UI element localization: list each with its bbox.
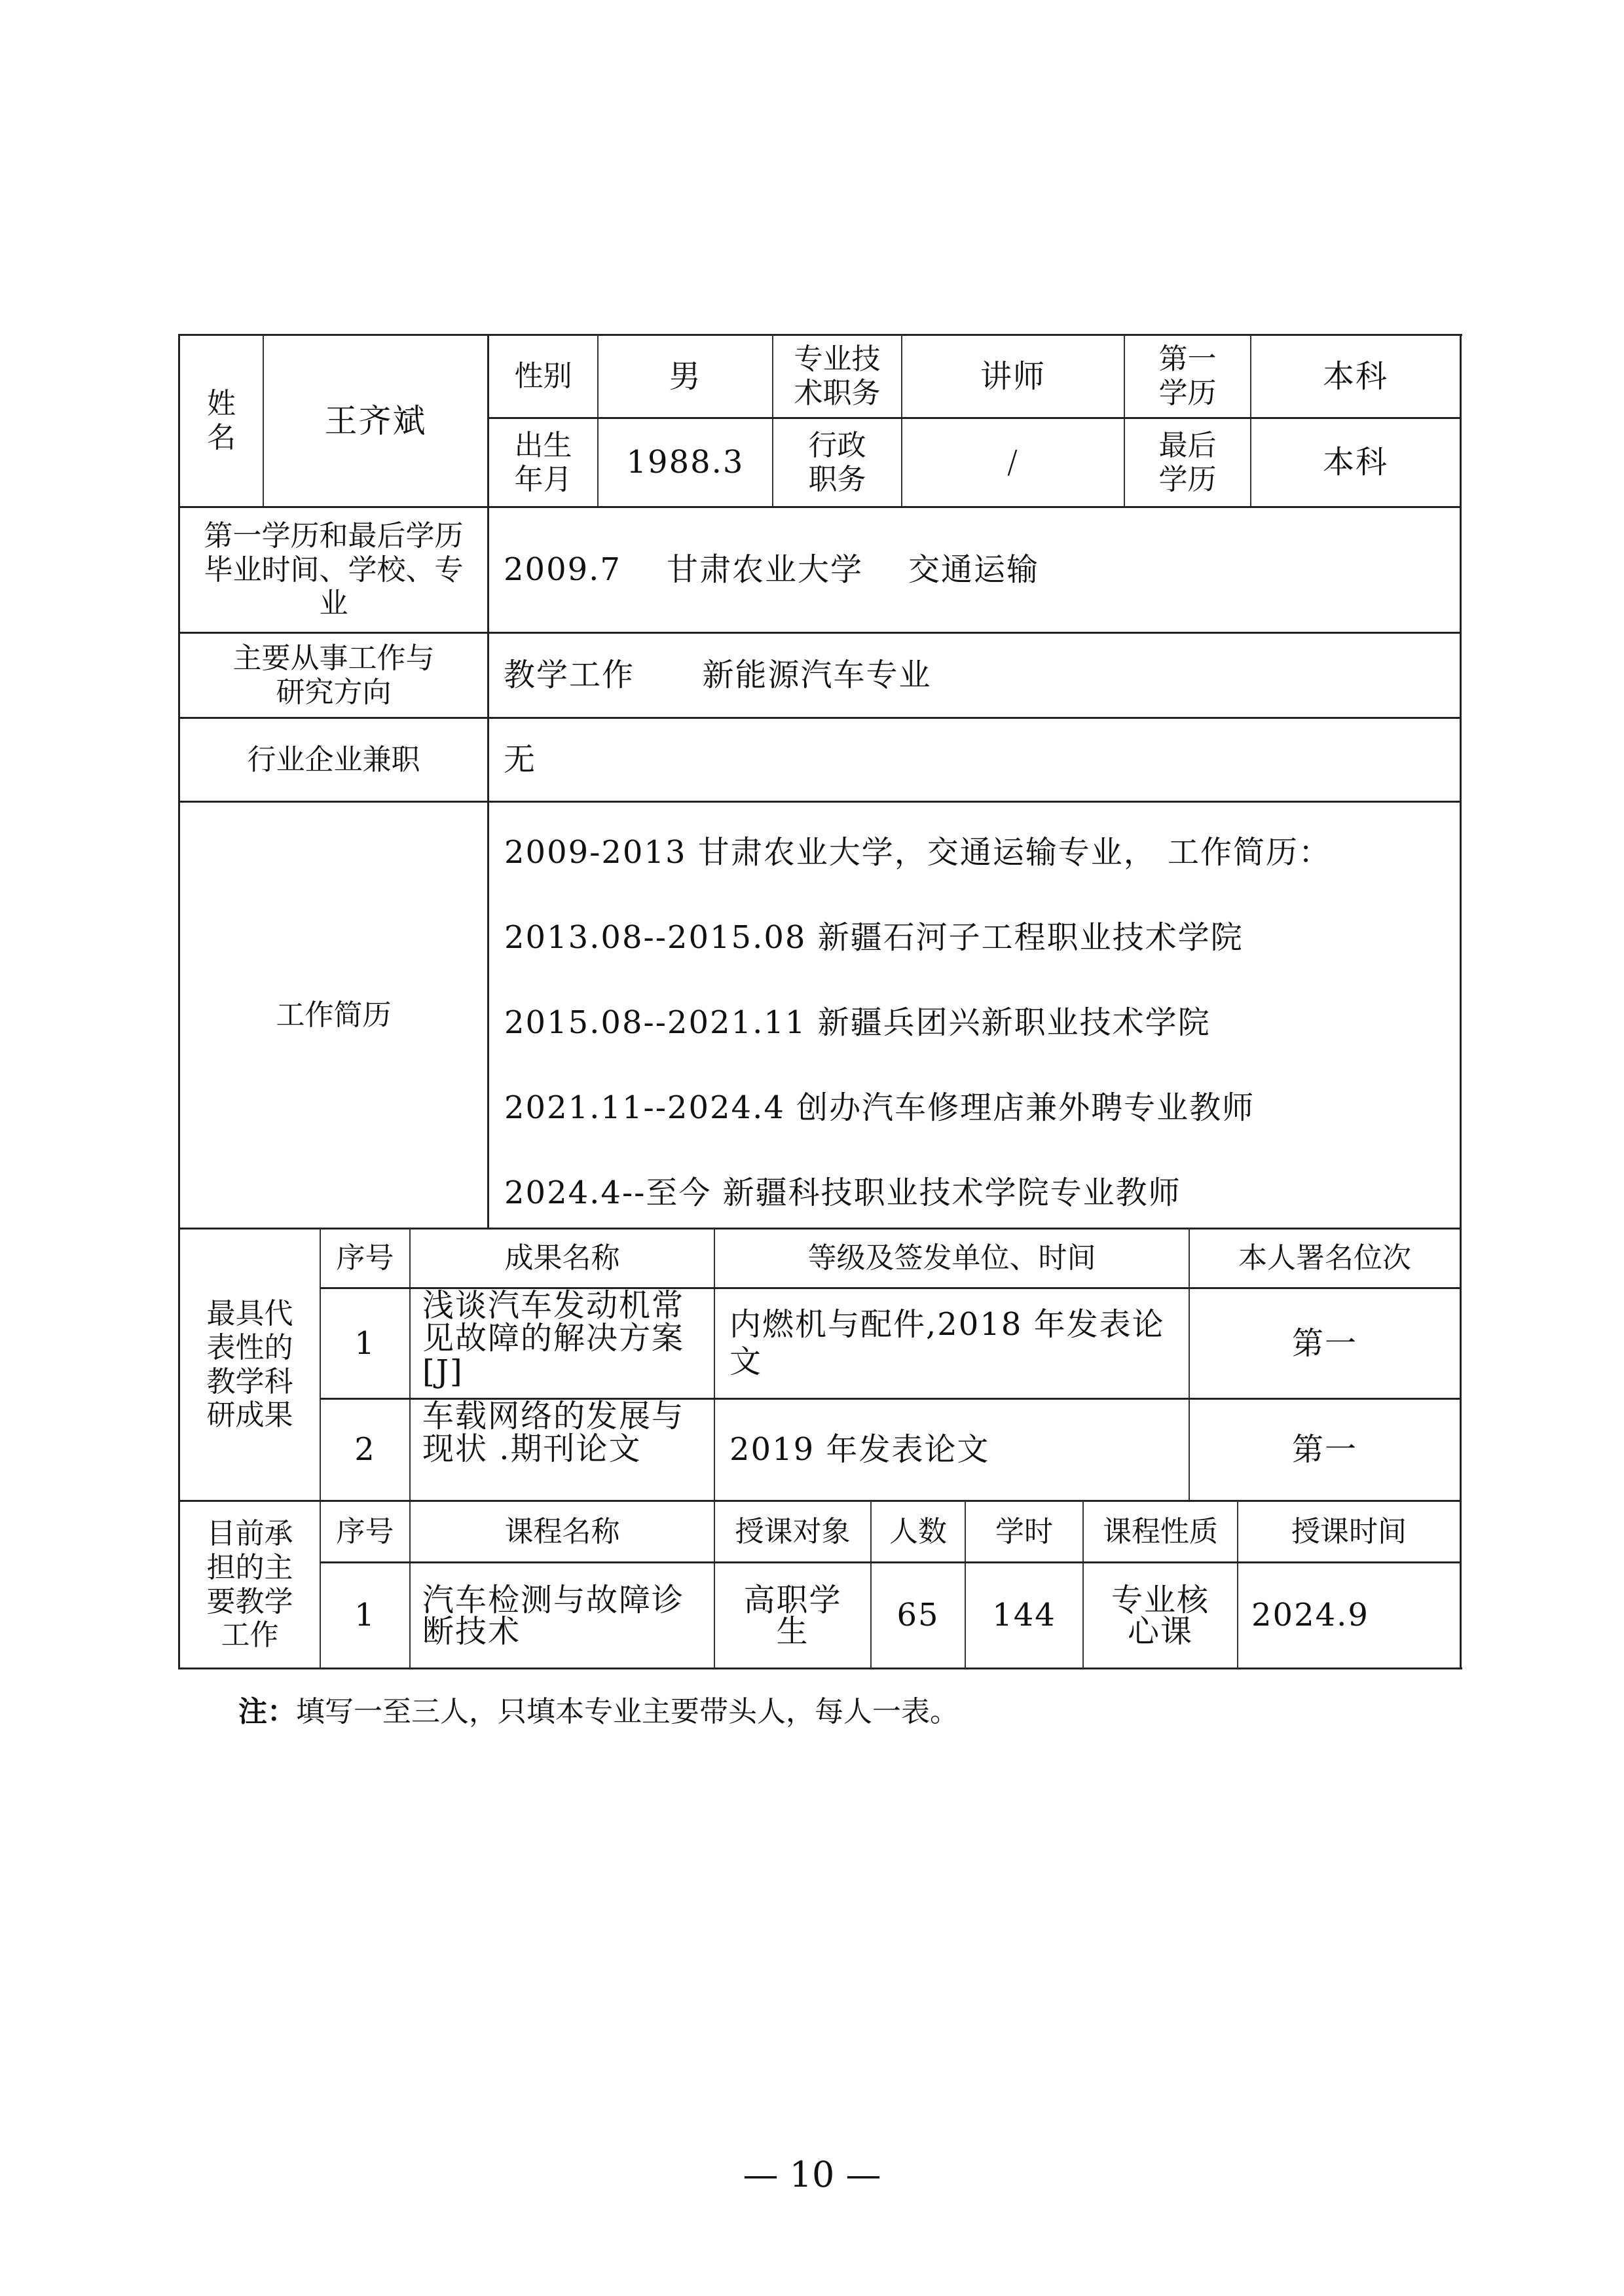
table-note: 注：填写一至三人，只填本专业主要带头人，每人一表。 (238, 1688, 959, 1730)
education-value: 2009.7 甘肃农业大学 交通运输 (489, 508, 1460, 632)
achievement-no: 1 (321, 1289, 409, 1398)
achievement-no: 2 (321, 1400, 409, 1500)
teaching-header-audience: 授课对象 (715, 1502, 870, 1561)
achievement-name: 车载网络的发展与现状 .期刊论文 (411, 1400, 714, 1500)
birth-value: 1988.3 (599, 419, 772, 506)
resume-line: 2015.08--2021.11 新疆兵团兴新职业技术学院 (504, 977, 1454, 1062)
resume-label: 工作简历 (180, 803, 487, 1228)
achievement-issuer: 2019 年发表论文 (715, 1400, 1189, 1500)
achievements-header-no: 序号 (321, 1230, 409, 1287)
note-prefix: 注： (238, 1695, 296, 1728)
last-degree-value: 本科 (1251, 419, 1460, 506)
achievement-rank: 第一 (1190, 1289, 1460, 1398)
teaching-header-course: 课程名称 (411, 1502, 714, 1561)
achievements-header-issuer: 等级及签发单位、时间 (715, 1230, 1189, 1287)
teaching-hours: 144 (966, 1563, 1082, 1667)
research-direction-value: 教学工作 新能源汽车专业 (489, 634, 1460, 717)
part-time-label: 行业企业兼职 (180, 719, 487, 801)
note-text: 填写一至三人，只填本专业主要带头人，每人一表。 (296, 1695, 959, 1728)
gender-value: 男 (599, 336, 772, 417)
resume-line: 2013.08--2015.08 新疆石河子工程职业技术学院 (504, 892, 1454, 977)
education-label: 第一学历和最后学历毕业时间、学校、专业 (180, 508, 487, 632)
resume-line: 2024.4--至今 新疆科技职业技术学院专业教师 (504, 1147, 1454, 1232)
page-number: — 10 — (0, 2154, 1624, 2195)
last-degree-label: 最后学历 (1125, 419, 1250, 506)
achievement-rank: 第一 (1190, 1400, 1460, 1500)
achievement-issuer: 内燃机与配件,2018 年发表论文 (715, 1289, 1189, 1398)
teaching-header-count: 人数 (872, 1502, 965, 1561)
table-border-bottom (179, 1667, 1462, 1669)
professional-title-value: 讲师 (902, 336, 1124, 417)
research-direction-label: 主要从事工作与研究方向 (180, 634, 487, 717)
admin-position-label: 行政职务 (773, 419, 901, 506)
resume-list: 2009-2013 甘肃农业大学，交通运输专业， 工作简历： 2013.08--… (504, 807, 1454, 1232)
teaching-time: 2024.9 (1238, 1563, 1460, 1667)
teaching-count: 65 (872, 1563, 965, 1667)
first-degree-label: 第一学历 (1125, 336, 1250, 417)
teaching-header-time: 授课时间 (1238, 1502, 1460, 1561)
table-border-right (1460, 334, 1462, 1669)
achievements-label: 最具代表性的教学科研成果 (180, 1230, 320, 1500)
achievement-name: 浅谈汽车发动机常见故障的解决方案[J] (411, 1289, 714, 1398)
teaching-label: 目前承担的主要教学工作 (180, 1502, 320, 1667)
achievements-header-rank: 本人署名位次 (1190, 1230, 1460, 1287)
name-label: 姓名 (180, 336, 263, 506)
teaching-no: 1 (321, 1563, 409, 1667)
resume-line: 2009-2013 甘肃农业大学，交通运输专业， 工作简历： (504, 807, 1454, 892)
resume-line: 2021.11--2024.4 创办汽车修理店兼外聘专业教师 (504, 1062, 1454, 1147)
teaching-type: 专业核心课 (1084, 1563, 1237, 1667)
teaching-header-no: 序号 (321, 1502, 409, 1561)
part-time-value: 无 (489, 719, 1460, 801)
achievements-header-name: 成果名称 (411, 1230, 714, 1287)
teaching-course: 汽车检测与故障诊断技术 (411, 1563, 714, 1667)
gender-label: 性别 (489, 336, 597, 417)
teaching-header-type: 课程性质 (1084, 1502, 1237, 1561)
teaching-header-hours: 学时 (966, 1502, 1082, 1561)
admin-position-value: / (902, 419, 1124, 506)
first-degree-value: 本科 (1251, 336, 1460, 417)
professional-title-label: 专业技术职务 (773, 336, 901, 417)
name-value: 王齐斌 (264, 336, 487, 506)
birth-label: 出生年月 (489, 419, 597, 506)
teaching-audience: 高职学生 (715, 1563, 870, 1667)
